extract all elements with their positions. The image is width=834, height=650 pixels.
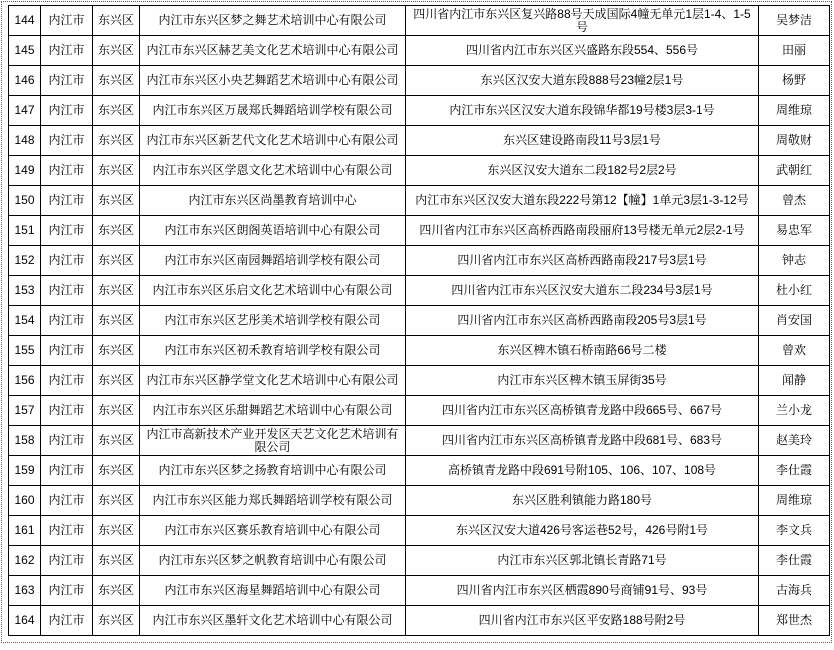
cell-name: 内江市东兴区学恩文化艺术培训中心有限公司: [140, 156, 406, 186]
cell-num: 163: [9, 576, 41, 606]
cell-address: 东兴区椑木镇石桥南路66号二楼: [406, 336, 759, 366]
table-row: 144内江市东兴区内江市东兴区梦之舞艺术培训中心有限公司四川省内江市东兴区复兴路…: [9, 6, 830, 36]
cell-district: 东兴区: [93, 216, 140, 246]
cell-district: 东兴区: [93, 6, 140, 36]
cell-name: 内江市东兴区艺彤美术培训学校有限公司: [140, 306, 406, 336]
cell-contact: 周维琼: [759, 486, 830, 516]
cell-num: 158: [9, 426, 41, 456]
cell-address: 东兴区胜利镇能力路180号: [406, 486, 759, 516]
cell-city: 内江市: [41, 36, 93, 66]
cell-address: 高桥镇青龙路中段691号附105、106、107、108号: [406, 456, 759, 486]
cell-num: 147: [9, 96, 41, 126]
cell-contact: 易忠军: [759, 216, 830, 246]
table-body: 144内江市东兴区内江市东兴区梦之舞艺术培训中心有限公司四川省内江市东兴区复兴路…: [9, 6, 830, 636]
cell-city: 内江市: [41, 126, 93, 156]
cell-address: 内江市东兴区郭北镇长青路71号: [406, 546, 759, 576]
cell-address: 四川省内江市东兴区高桥镇青龙路中段681号、683号: [406, 426, 759, 456]
cell-address: 四川省内江市东兴区高桥镇青龙路中段665号、667号: [406, 396, 759, 426]
cell-num: 149: [9, 156, 41, 186]
table-row: 145内江市东兴区内江市东兴区赫艺美文化艺术培训中心有限公司四川省内江市东兴区兴…: [9, 36, 830, 66]
table-row: 154内江市东兴区内江市东兴区艺彤美术培训学校有限公司四川省内江市东兴区高桥西路…: [9, 306, 830, 336]
cell-city: 内江市: [41, 336, 93, 366]
cell-num: 161: [9, 516, 41, 546]
cell-address: 四川省内江市东兴区平安路188号附2号: [406, 606, 759, 636]
cell-num: 164: [9, 606, 41, 636]
cell-contact: 周维琼: [759, 96, 830, 126]
cell-address: 东兴区汉安大道东段888号23幢2层1号: [406, 66, 759, 96]
cell-name: 内江市东兴区墨轩文化艺术培训中心有限公司: [140, 606, 406, 636]
cell-city: 内江市: [41, 426, 93, 456]
cell-name: 内江市东兴区静学堂文化艺术培训中心有限公司: [140, 366, 406, 396]
table-row: 150内江市东兴区内江市东兴区尚墨教育培训中心内江市东兴区汉安大道东段222号第…: [9, 186, 830, 216]
cell-district: 东兴区: [93, 336, 140, 366]
cell-city: 内江市: [41, 366, 93, 396]
cell-address: 东兴区建设路南段11号3层1号: [406, 126, 759, 156]
cell-city: 内江市: [41, 486, 93, 516]
registry-table: 144内江市东兴区内江市东兴区梦之舞艺术培训中心有限公司四川省内江市东兴区复兴路…: [8, 5, 830, 636]
cell-contact: 曾杰: [759, 186, 830, 216]
cell-city: 内江市: [41, 516, 93, 546]
cell-name: 内江市东兴区海星舞蹈培训中心有限公司: [140, 576, 406, 606]
cell-name: 内江市东兴区南园舞蹈培训学校有限公司: [140, 246, 406, 276]
cell-address: 内江市东兴区汉安大道东段222号第12【幢】1单元3层1-3-12号: [406, 186, 759, 216]
cell-district: 东兴区: [93, 516, 140, 546]
table-row: 161内江市东兴区内江市东兴区赛乐教育培训中心有限公司东兴区汉安大道426号客运…: [9, 516, 830, 546]
cell-num: 162: [9, 546, 41, 576]
cell-name: 内江市东兴区梦之帆教育培训中心有限公司: [140, 546, 406, 576]
table-row: 157内江市东兴区内江市东兴区乐甜舞蹈艺术培训中心有限公司四川省内江市东兴区高桥…: [9, 396, 830, 426]
cell-name: 内江市东兴区乐甜舞蹈艺术培训中心有限公司: [140, 396, 406, 426]
cell-address: 四川省内江市东兴区高桥西路南段217号3层1号: [406, 246, 759, 276]
cell-district: 东兴区: [93, 246, 140, 276]
cell-contact: 李仕霞: [759, 456, 830, 486]
cell-address: 四川省内江市东兴区高桥西路南段丽府13号楼无单元2层2-1号: [406, 216, 759, 246]
cell-contact: 钟志: [759, 246, 830, 276]
cell-city: 内江市: [41, 186, 93, 216]
cell-city: 内江市: [41, 456, 93, 486]
cell-city: 内江市: [41, 306, 93, 336]
cell-name: 内江市东兴区初禾教育培训学校有限公司: [140, 336, 406, 366]
cell-district: 东兴区: [93, 426, 140, 456]
cell-city: 内江市: [41, 606, 93, 636]
cell-num: 154: [9, 306, 41, 336]
cell-name: 内江市东兴区小央艺舞蹈艺术培训中心有限公司: [140, 66, 406, 96]
cell-district: 东兴区: [93, 576, 140, 606]
cell-city: 内江市: [41, 246, 93, 276]
cell-num: 153: [9, 276, 41, 306]
table-row: 156内江市东兴区内江市东兴区静学堂文化艺术培训中心有限公司内江市东兴区椑木镇玉…: [9, 366, 830, 396]
cell-name: 内江市东兴区朗阁英语培训中心有限公司: [140, 216, 406, 246]
cell-contact: 古海兵: [759, 576, 830, 606]
cell-address: 内江市东兴区椑木镇玉屏街35号: [406, 366, 759, 396]
cell-contact: 赵美玲: [759, 426, 830, 456]
cell-contact: 曾欢: [759, 336, 830, 366]
cell-name: 内江市东兴区梦之扬教育培训中心有限公司: [140, 456, 406, 486]
cell-district: 东兴区: [93, 276, 140, 306]
cell-address: 四川省内江市东兴区高桥西路南段205号3层1号: [406, 306, 759, 336]
cell-address: 内江市东兴区汉安大道东段锦华都19号楼3层3-1号: [406, 96, 759, 126]
cell-num: 150: [9, 186, 41, 216]
table-row: 153内江市东兴区内江市东兴区乐启文化艺术培训中心有限公司四川省内江市东兴区汉安…: [9, 276, 830, 306]
cell-name: 内江市高新技术产业开发区天艺文化艺术培训有限公司: [140, 426, 406, 456]
cell-city: 内江市: [41, 156, 93, 186]
cell-num: 144: [9, 6, 41, 36]
cell-city: 内江市: [41, 216, 93, 246]
table-row: 151内江市东兴区内江市东兴区朗阁英语培训中心有限公司四川省内江市东兴区高桥西路…: [9, 216, 830, 246]
table-row: 160内江市东兴区内江市东兴区能力郑氏舞蹈培训学校有限公司东兴区胜利镇能力路18…: [9, 486, 830, 516]
cell-name: 内江市东兴区万晟郑氏舞蹈培训学校有限公司: [140, 96, 406, 126]
cell-name: 内江市东兴区赫艺美文化艺术培训中心有限公司: [140, 36, 406, 66]
cell-contact: 武朝红: [759, 156, 830, 186]
cell-city: 内江市: [41, 6, 93, 36]
cell-name: 内江市东兴区梦之舞艺术培训中心有限公司: [140, 6, 406, 36]
cell-contact: 吴梦洁: [759, 6, 830, 36]
cell-district: 东兴区: [93, 186, 140, 216]
cell-district: 东兴区: [93, 36, 140, 66]
cell-name: 内江市东兴区尚墨教育培训中心: [140, 186, 406, 216]
cell-city: 内江市: [41, 546, 93, 576]
cell-num: 148: [9, 126, 41, 156]
cell-contact: 周敬财: [759, 126, 830, 156]
cell-num: 155: [9, 336, 41, 366]
cell-city: 内江市: [41, 576, 93, 606]
cell-num: 157: [9, 396, 41, 426]
cell-district: 东兴区: [93, 546, 140, 576]
table-row: 155内江市东兴区内江市东兴区初禾教育培训学校有限公司东兴区椑木镇石桥南路66号…: [9, 336, 830, 366]
table-row: 149内江市东兴区内江市东兴区学恩文化艺术培训中心有限公司东兴区汉安大道东二段1…: [9, 156, 830, 186]
cell-contact: 李文兵: [759, 516, 830, 546]
cell-district: 东兴区: [93, 396, 140, 426]
cell-city: 内江市: [41, 396, 93, 426]
table-row: 146内江市东兴区内江市东兴区小央艺舞蹈艺术培训中心有限公司东兴区汉安大道东段8…: [9, 66, 830, 96]
cell-address: 四川省内江市东兴区兴盛路东段554、556号: [406, 36, 759, 66]
cell-num: 159: [9, 456, 41, 486]
table-row: 159内江市东兴区内江市东兴区梦之扬教育培训中心有限公司高桥镇青龙路中段691号…: [9, 456, 830, 486]
cell-district: 东兴区: [93, 66, 140, 96]
cell-address: 东兴区汉安大道东二段182号2层2号: [406, 156, 759, 186]
cell-contact: 杜小红: [759, 276, 830, 306]
cell-name: 内江市东兴区乐启文化艺术培训中心有限公司: [140, 276, 406, 306]
cell-city: 内江市: [41, 96, 93, 126]
cell-address: 四川省内江市东兴区汉安大道东二段234号3层1号: [406, 276, 759, 306]
cell-district: 东兴区: [93, 366, 140, 396]
cell-address: 四川省内江市东兴区复兴路88号天成国际4幢无单元1层1-4、1-5号: [406, 6, 759, 36]
cell-contact: 肖安国: [759, 306, 830, 336]
table-row: 148内江市东兴区内江市东兴区新艺代文化艺术培训中心有限公司东兴区建设路南段11…: [9, 126, 830, 156]
cell-contact: 杨野: [759, 66, 830, 96]
cell-num: 145: [9, 36, 41, 66]
cell-name: 内江市东兴区能力郑氏舞蹈培训学校有限公司: [140, 486, 406, 516]
table-row: 164内江市东兴区内江市东兴区墨轩文化艺术培训中心有限公司四川省内江市东兴区平安…: [9, 606, 830, 636]
cell-contact: 闻静: [759, 366, 830, 396]
cell-contact: 李仕霞: [759, 546, 830, 576]
cell-num: 152: [9, 246, 41, 276]
cell-district: 东兴区: [93, 306, 140, 336]
cell-address: 四川省内江市东兴区栖霞890号商铺91号、93号: [406, 576, 759, 606]
cell-num: 156: [9, 366, 41, 396]
cell-contact: 兰小龙: [759, 396, 830, 426]
table-row: 158内江市东兴区内江市高新技术产业开发区天艺文化艺术培训有限公司四川省内江市东…: [9, 426, 830, 456]
cell-district: 东兴区: [93, 606, 140, 636]
cell-district: 东兴区: [93, 156, 140, 186]
cell-name: 内江市东兴区新艺代文化艺术培训中心有限公司: [140, 126, 406, 156]
cell-num: 146: [9, 66, 41, 96]
cell-district: 东兴区: [93, 456, 140, 486]
cell-city: 内江市: [41, 66, 93, 96]
cell-district: 东兴区: [93, 486, 140, 516]
table-row: 147内江市东兴区内江市东兴区万晟郑氏舞蹈培训学校有限公司内江市东兴区汉安大道东…: [9, 96, 830, 126]
cell-contact: 郑世杰: [759, 606, 830, 636]
cell-contact: 田丽: [759, 36, 830, 66]
table-row: 152内江市东兴区内江市东兴区南园舞蹈培训学校有限公司四川省内江市东兴区高桥西路…: [9, 246, 830, 276]
cell-address: 东兴区汉安大道426号客运巷52号，426号附1号: [406, 516, 759, 546]
cell-city: 内江市: [41, 276, 93, 306]
cell-num: 151: [9, 216, 41, 246]
cell-num: 160: [9, 486, 41, 516]
cell-district: 东兴区: [93, 126, 140, 156]
table-row: 163内江市东兴区内江市东兴区海星舞蹈培训中心有限公司四川省内江市东兴区栖霞89…: [9, 576, 830, 606]
spreadsheet-page: 144内江市东兴区内江市东兴区梦之舞艺术培训中心有限公司四川省内江市东兴区复兴路…: [0, 0, 834, 650]
table-row: 162内江市东兴区内江市东兴区梦之帆教育培训中心有限公司内江市东兴区郭北镇长青路…: [9, 546, 830, 576]
cell-name: 内江市东兴区赛乐教育培训中心有限公司: [140, 516, 406, 546]
cell-district: 东兴区: [93, 96, 140, 126]
